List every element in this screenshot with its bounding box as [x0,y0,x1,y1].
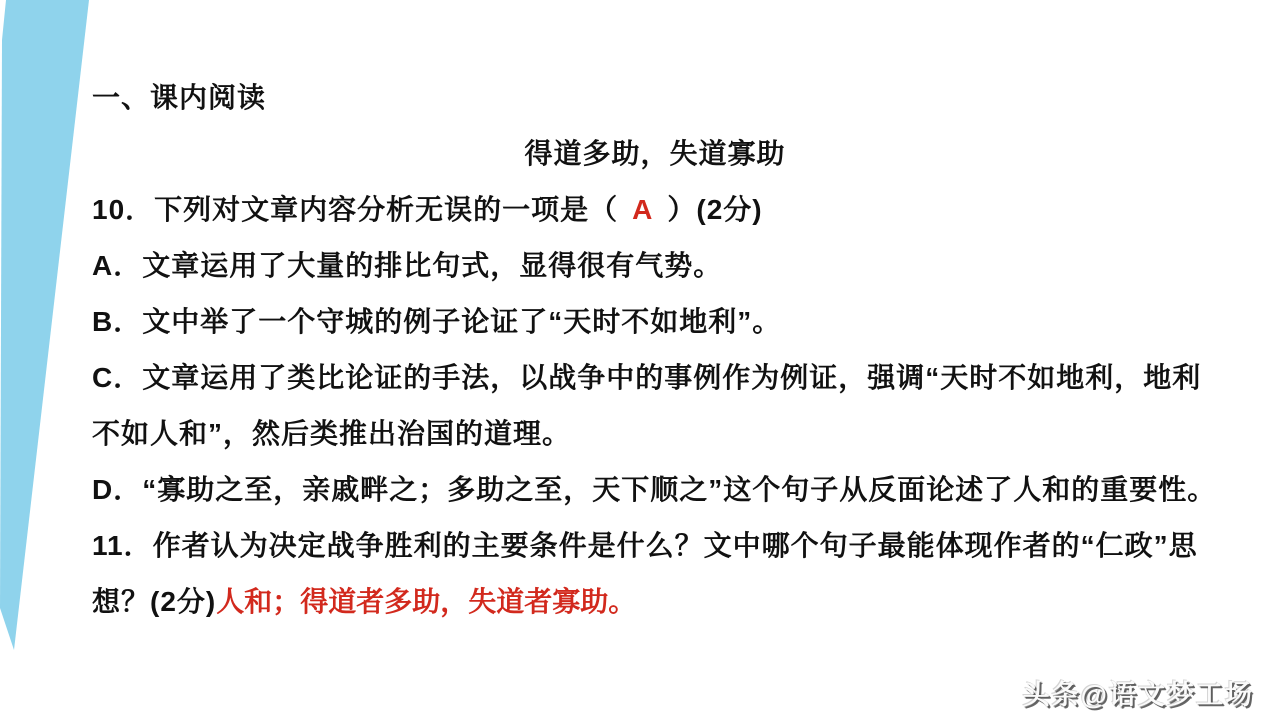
question-10: 10．下列对文章内容分析无误的一项是（A）(2分) [92,182,1218,238]
question-10-suffix: ）(2分) [667,194,762,225]
watermark: 头条@语文梦工场 [1023,673,1254,712]
question-11-answer: 人和；得道者多助，失道者寡助。 [216,586,636,617]
option-d: D．“寡助之至，亲戚畔之；多助之至，天下顺之”这个句子从反面论述了人和的重要性。 [92,462,1218,518]
question-10-prefix: 10．下列对文章内容分析无误的一项是（ [92,194,618,225]
option-a: A．文章运用了大量的排比句式，显得很有气势。 [92,238,1218,294]
section-title: 一、课内阅读 [92,70,1218,126]
option-b: B．文中举了一个守城的例子论证了“天时不如地利”。 [92,294,1218,350]
slide: 一、课内阅读 得道多助，失道寡助 10．下列对文章内容分析无误的一项是（A）(2… [0,0,1280,720]
slide-content: 一、课内阅读 得道多助，失道寡助 10．下列对文章内容分析无误的一项是（A）(2… [0,0,1280,630]
question-10-answer-letter: A [618,194,667,225]
reading-title: 得道多助，失道寡助 [92,126,1218,182]
question-11: 11．作者认为决定战争胜利的主要条件是什么？文中哪个句子最能体现作者的“仁政”思… [92,518,1218,630]
option-c: C．文章运用了类比论证的手法，以战争中的事例作为例证，强调“天时不如地利，地利不… [92,350,1218,462]
